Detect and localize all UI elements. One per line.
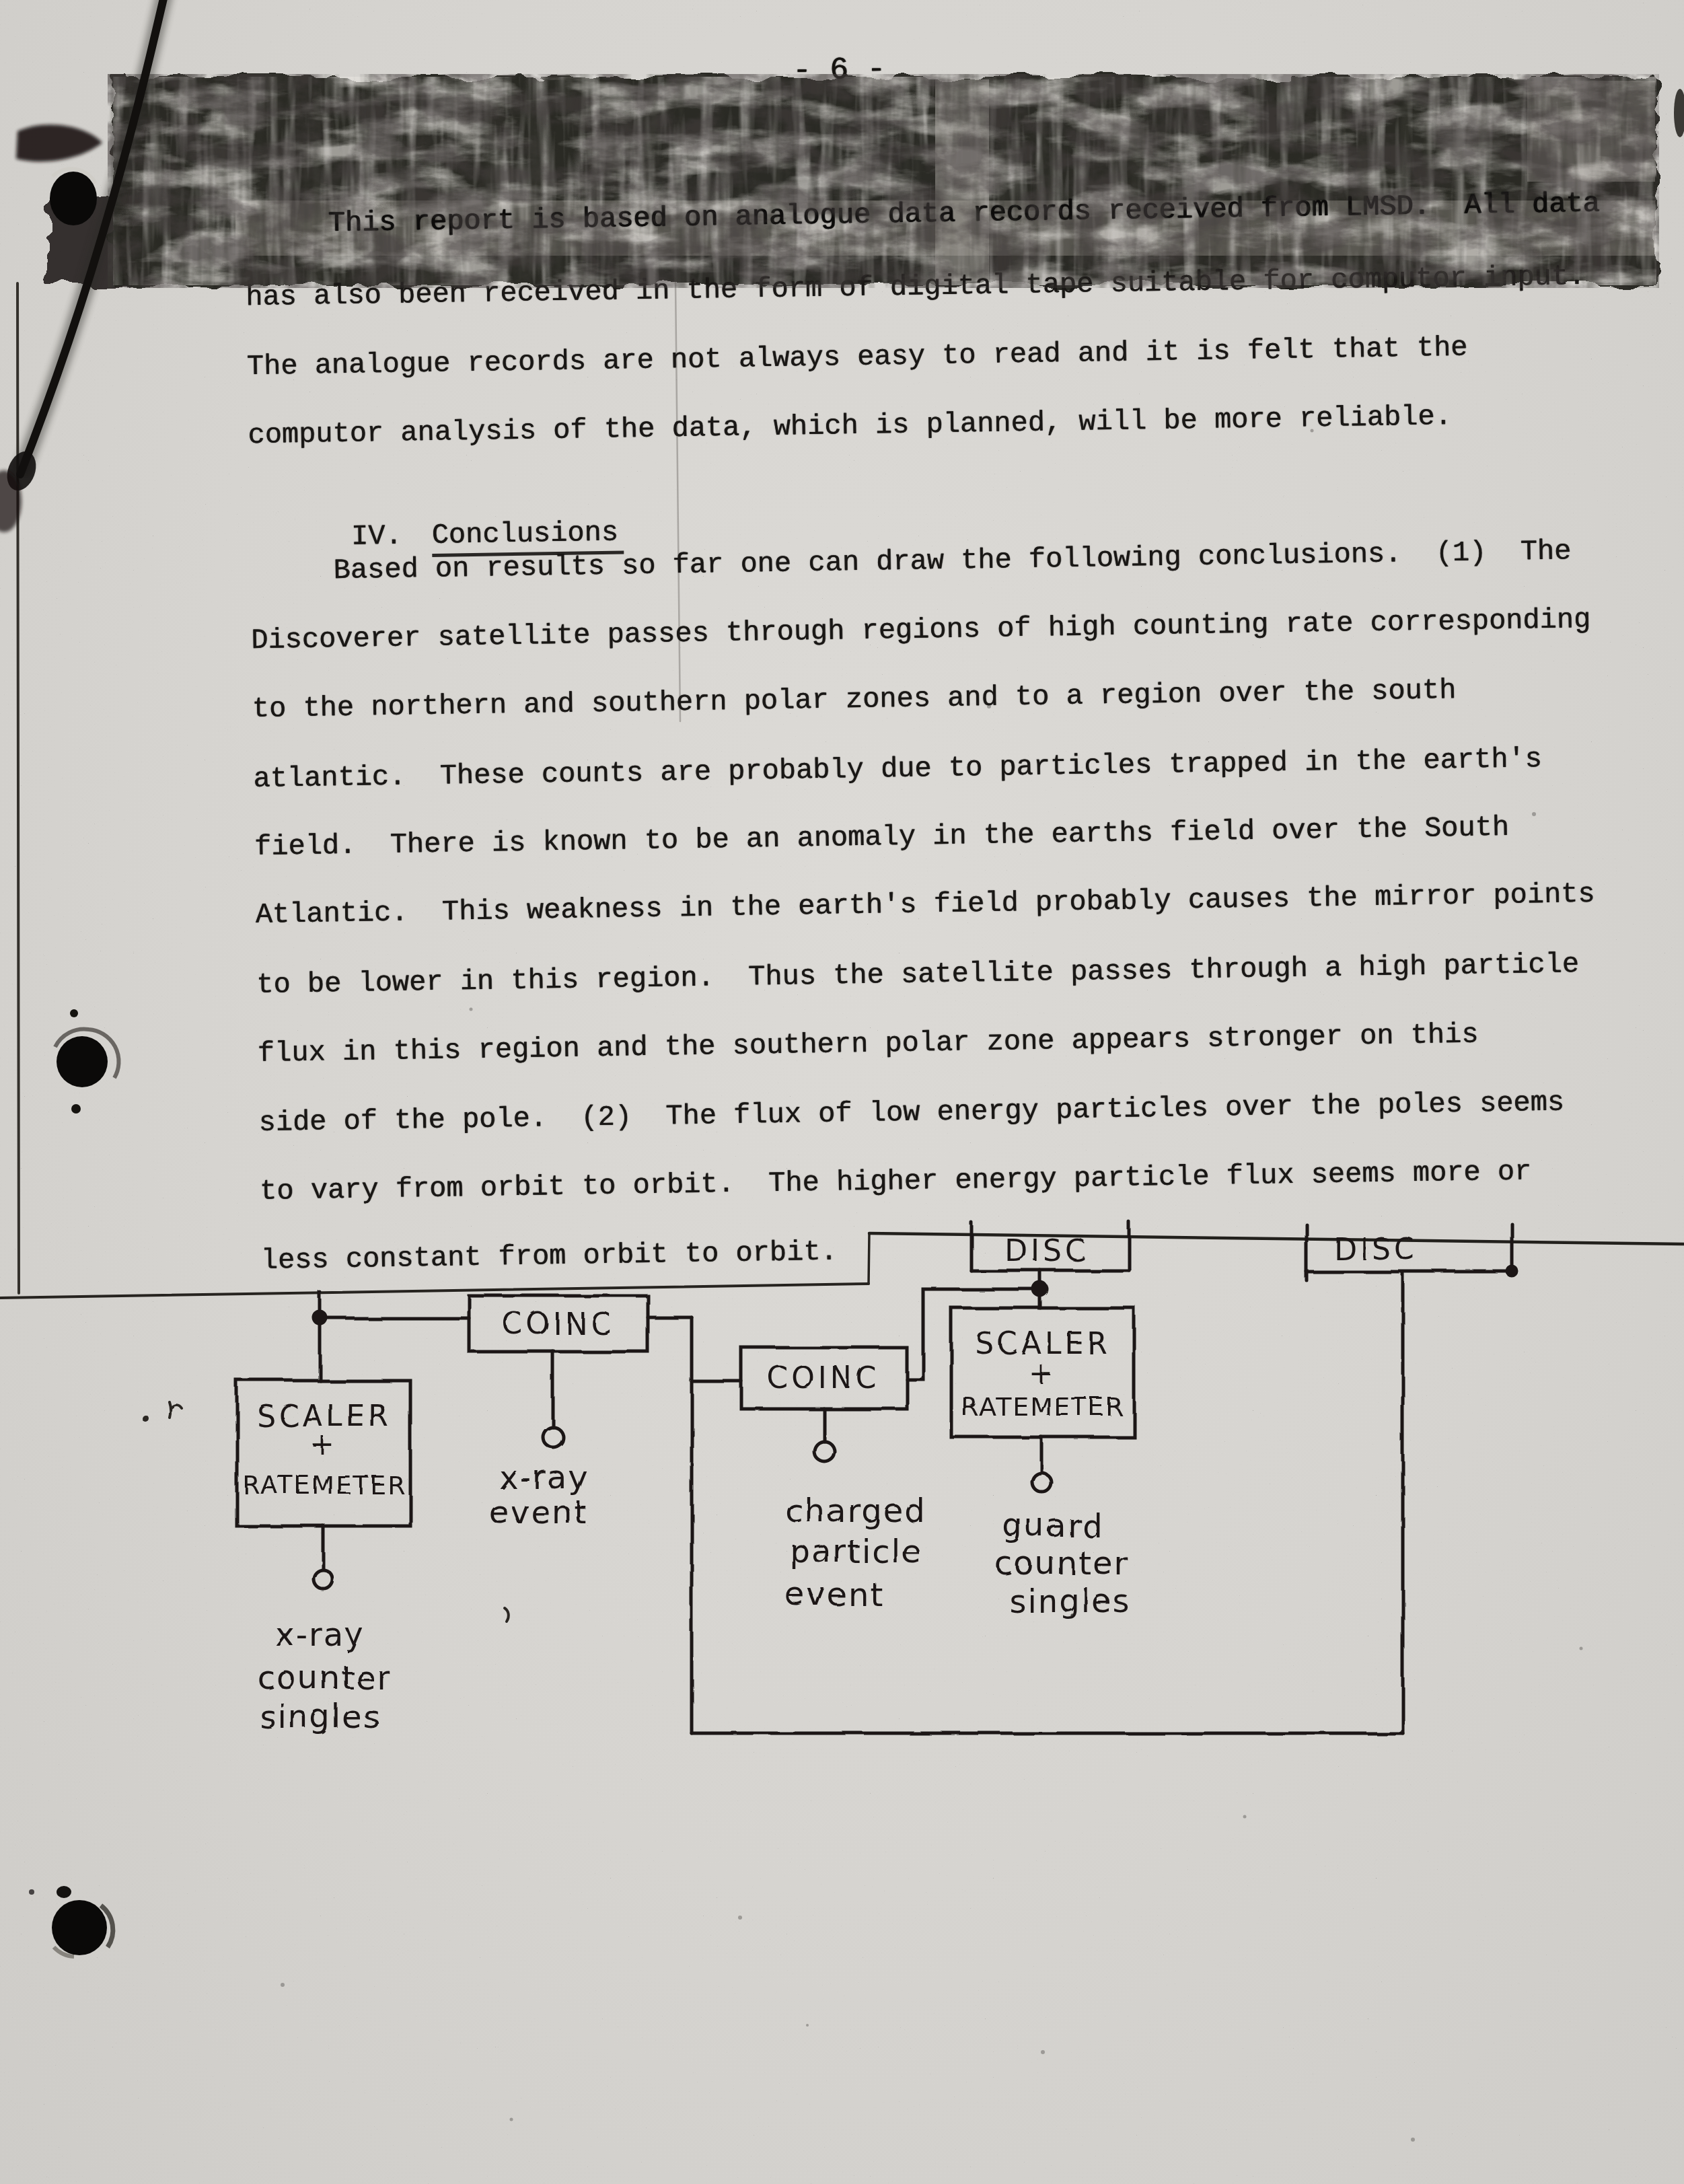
typed-line: to the northern and southern polar zones… xyxy=(252,674,1457,725)
xray-event-label-1: x-ray xyxy=(499,1459,588,1496)
punch-ring xyxy=(54,1947,74,1957)
typed-line: field. There is known to be an anomaly i… xyxy=(254,811,1510,863)
typed-line: to vary from orbit to orbit. The higher … xyxy=(260,1155,1532,1208)
typed-page: - 6 - This report is based on analogue d… xyxy=(0,0,1684,1346)
hole-punch-bottom xyxy=(29,1886,113,1957)
heading-numeral: IV. xyxy=(351,520,402,553)
coinc-2-box xyxy=(741,1348,907,1409)
scaler-left-label-3: RATEMETER xyxy=(242,1470,406,1500)
stray-pen-marks xyxy=(142,1402,509,1622)
typed-line: computor analysis of the data, which is … xyxy=(248,400,1452,451)
typed-line: Discoverer satellite passes through regi… xyxy=(251,604,1591,657)
xray-event-label-2: event xyxy=(489,1494,588,1531)
guard-label-3: singles xyxy=(1009,1582,1130,1620)
obscured-typed-line: This report is based on analogue data re… xyxy=(328,188,1600,240)
typed-line: atlantic. These counts are probably due … xyxy=(253,743,1542,795)
coinc-2-label: COINC xyxy=(768,1362,881,1396)
typed-line: Atlantic. This weakness in the earth's f… xyxy=(255,878,1595,931)
charged-label-1: charged xyxy=(785,1492,926,1530)
xray-counter-label-3: singles xyxy=(259,1698,381,1736)
charged-label-2: particle xyxy=(789,1533,922,1570)
typed-line: The analogue records are not always easy… xyxy=(247,332,1468,383)
typed-line: to be lower in this region. Thus the sat… xyxy=(256,948,1579,1001)
page-number: - 6 - xyxy=(793,52,886,88)
typed-line: less constant from orbit to orbit. xyxy=(260,1236,838,1277)
xray-counter-label-2: counter xyxy=(258,1659,392,1697)
output-terminal-xray-event xyxy=(543,1427,563,1447)
charged-label-3: event xyxy=(785,1576,884,1613)
guard-label-2: counter xyxy=(995,1545,1129,1582)
xray-counter-label-1: x-ray xyxy=(275,1616,365,1654)
scaler-left-box xyxy=(237,1381,410,1526)
output-terminal-charged-event xyxy=(814,1441,834,1461)
scaler-right-label-2: + xyxy=(1029,1356,1057,1391)
scaler-right-label-3: RATEMETER xyxy=(961,1392,1125,1422)
typed-line: has also been received in the form of di… xyxy=(246,260,1586,314)
output-terminal-guard-singles xyxy=(1032,1473,1051,1492)
punch-ring xyxy=(101,1905,113,1947)
comma-mark xyxy=(505,1608,509,1622)
scanned-report-page: COINC COINC DISC DISC SCALER + RATEMETER… xyxy=(0,0,1684,2184)
guard-label-1: guard xyxy=(1002,1507,1103,1545)
scaler-left-label-1: SCALER xyxy=(256,1399,392,1434)
ink-dot xyxy=(142,1415,149,1422)
typed-line: side of the pole. (2) The flux of low en… xyxy=(258,1087,1564,1139)
ink-speck xyxy=(29,1889,34,1895)
output-terminal-xray-singles xyxy=(314,1570,332,1589)
scaler-right-label-1: SCALER xyxy=(975,1327,1111,1361)
ink-speck xyxy=(57,1886,71,1898)
typed-line: flux in this region and the southern pol… xyxy=(258,1019,1479,1070)
scaler-left-label-2: + xyxy=(310,1428,338,1462)
check-mark xyxy=(170,1402,182,1418)
